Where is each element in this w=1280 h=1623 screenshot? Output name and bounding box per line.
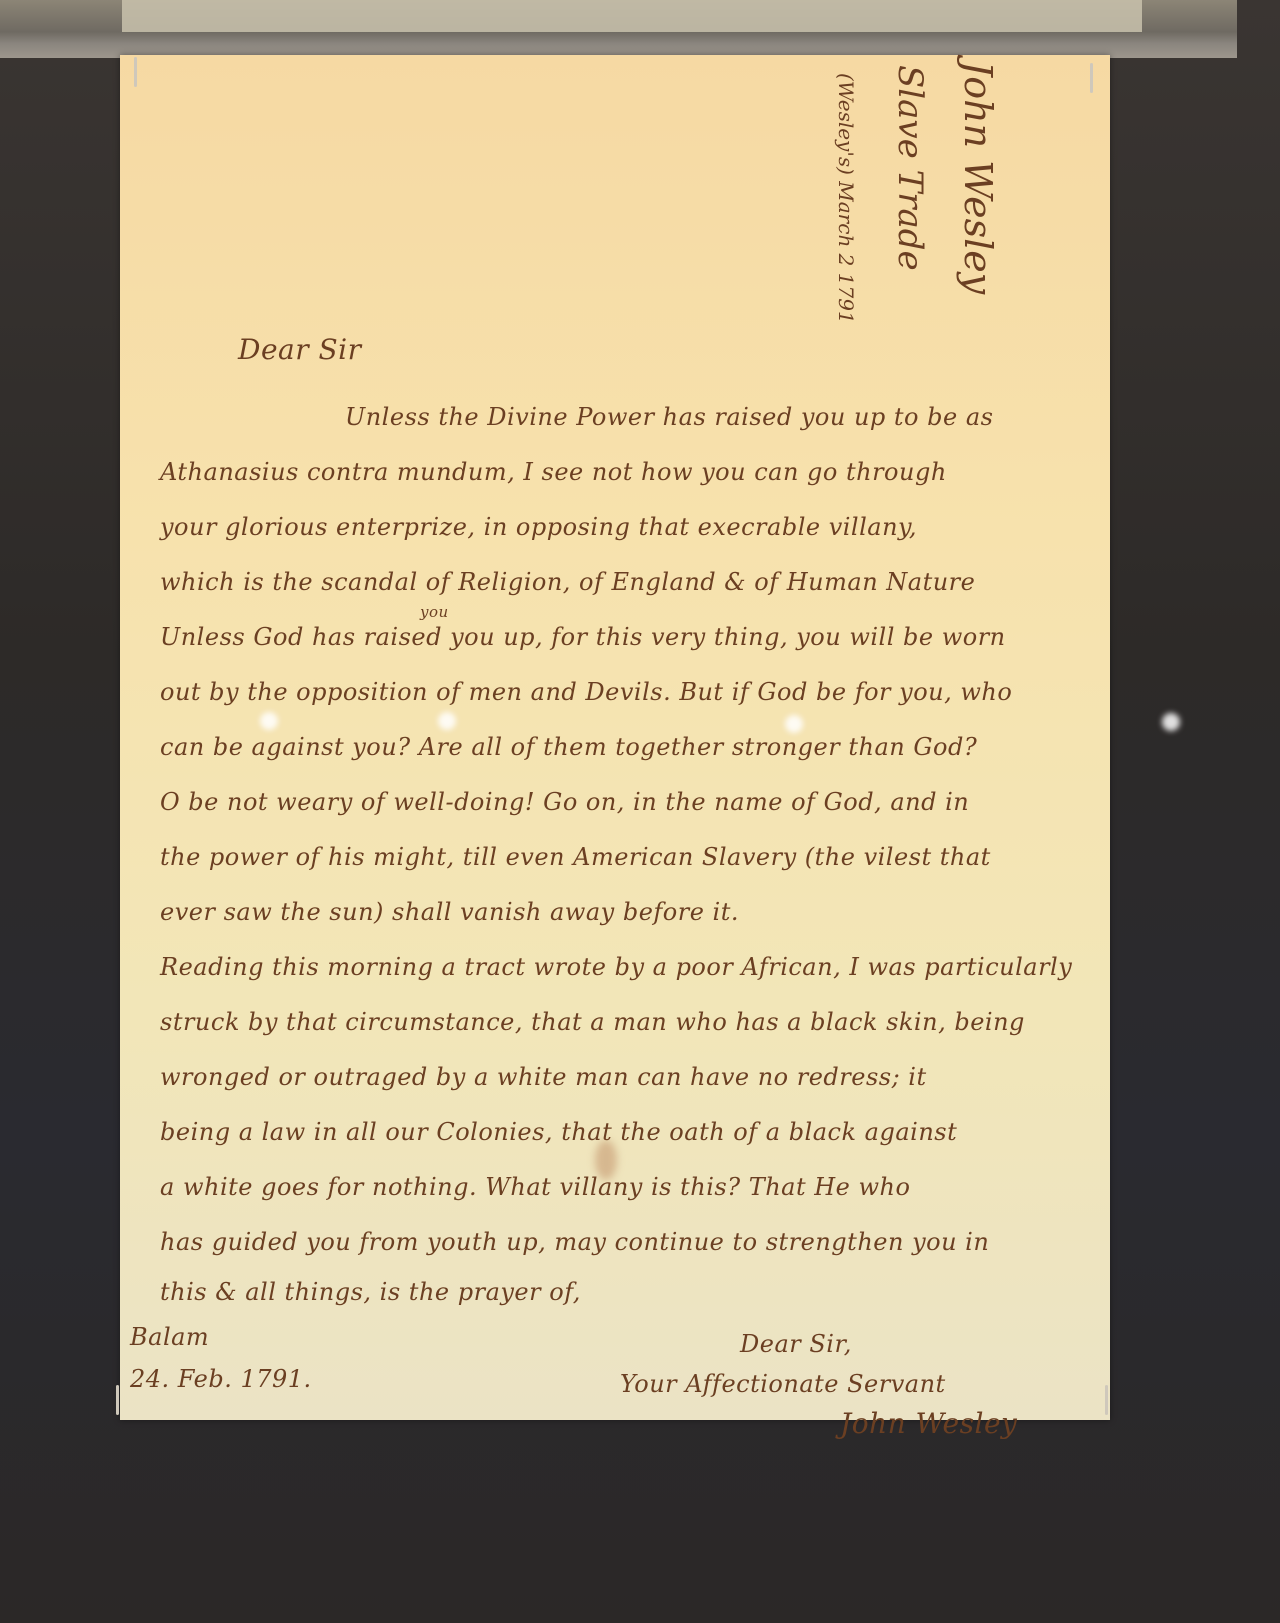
body-line: ever saw the sun) shall vanish away befo… [160,898,739,926]
body-line: which is the scandal of Religion, of Eng… [160,568,975,596]
margin-annotation-name: John Wesley [956,61,1000,294]
light-reflection [260,712,278,730]
margin-annotation-date: (Wesley's) March 2 1791 [834,73,858,324]
letter-paper: John Wesley Slave Trade (Wesley's) March… [120,55,1110,1420]
salutation: Dear Sir [238,333,362,366]
body-line: Athanasius contra mundum, I see not how … [160,458,947,486]
mounting-pin-icon [116,1385,119,1415]
signature: John Wesley [840,1407,1017,1440]
closing-line: Your Affectionate Servant [620,1370,946,1398]
body-line: your glorious enterprize, in opposing th… [160,513,917,541]
light-reflection [1162,713,1180,731]
closing: Dear Sir, [740,1330,852,1358]
mounting-pin-icon [1090,63,1093,93]
mounting-pin-icon [134,57,137,87]
letter-date: 24. Feb. 1791. [130,1365,312,1393]
body-line: Unless the Divine Power has raised you u… [345,403,993,431]
body-line: struck by that circumstance, that a man … [160,1008,1025,1036]
body-line: has guided you from youth up, may contin… [160,1228,989,1256]
body-line: the power of his might, till even Americ… [160,843,991,871]
light-reflection [438,712,456,730]
body-line: O be not weary of well-doing! Go on, in … [160,788,969,816]
body-line: being a law in all our Colonies, that th… [160,1118,957,1146]
body-line: wronged or outraged by a white man can h… [160,1063,927,1091]
light-reflection [785,715,803,733]
interlinear-insertion: you [420,603,449,621]
body-line: a white goes for nothing. What villany i… [160,1173,910,1201]
previous-document-sheet [122,0,1142,32]
mounting-pin-icon [1105,1385,1108,1415]
body-line: Unless God has raised you up, for this v… [160,623,1006,651]
ink-stain [595,1140,617,1180]
body-line: this & all things, is the prayer of, [160,1278,581,1306]
body-line: can be against you? Are all of them toge… [160,733,977,761]
body-line: out by the opposition of men and Devils.… [160,678,1012,706]
letter-place: Balam [130,1323,209,1351]
body-line: Reading this morning a tract wrote by a … [160,953,1072,981]
margin-annotation-title: Slave Trade [890,65,930,271]
